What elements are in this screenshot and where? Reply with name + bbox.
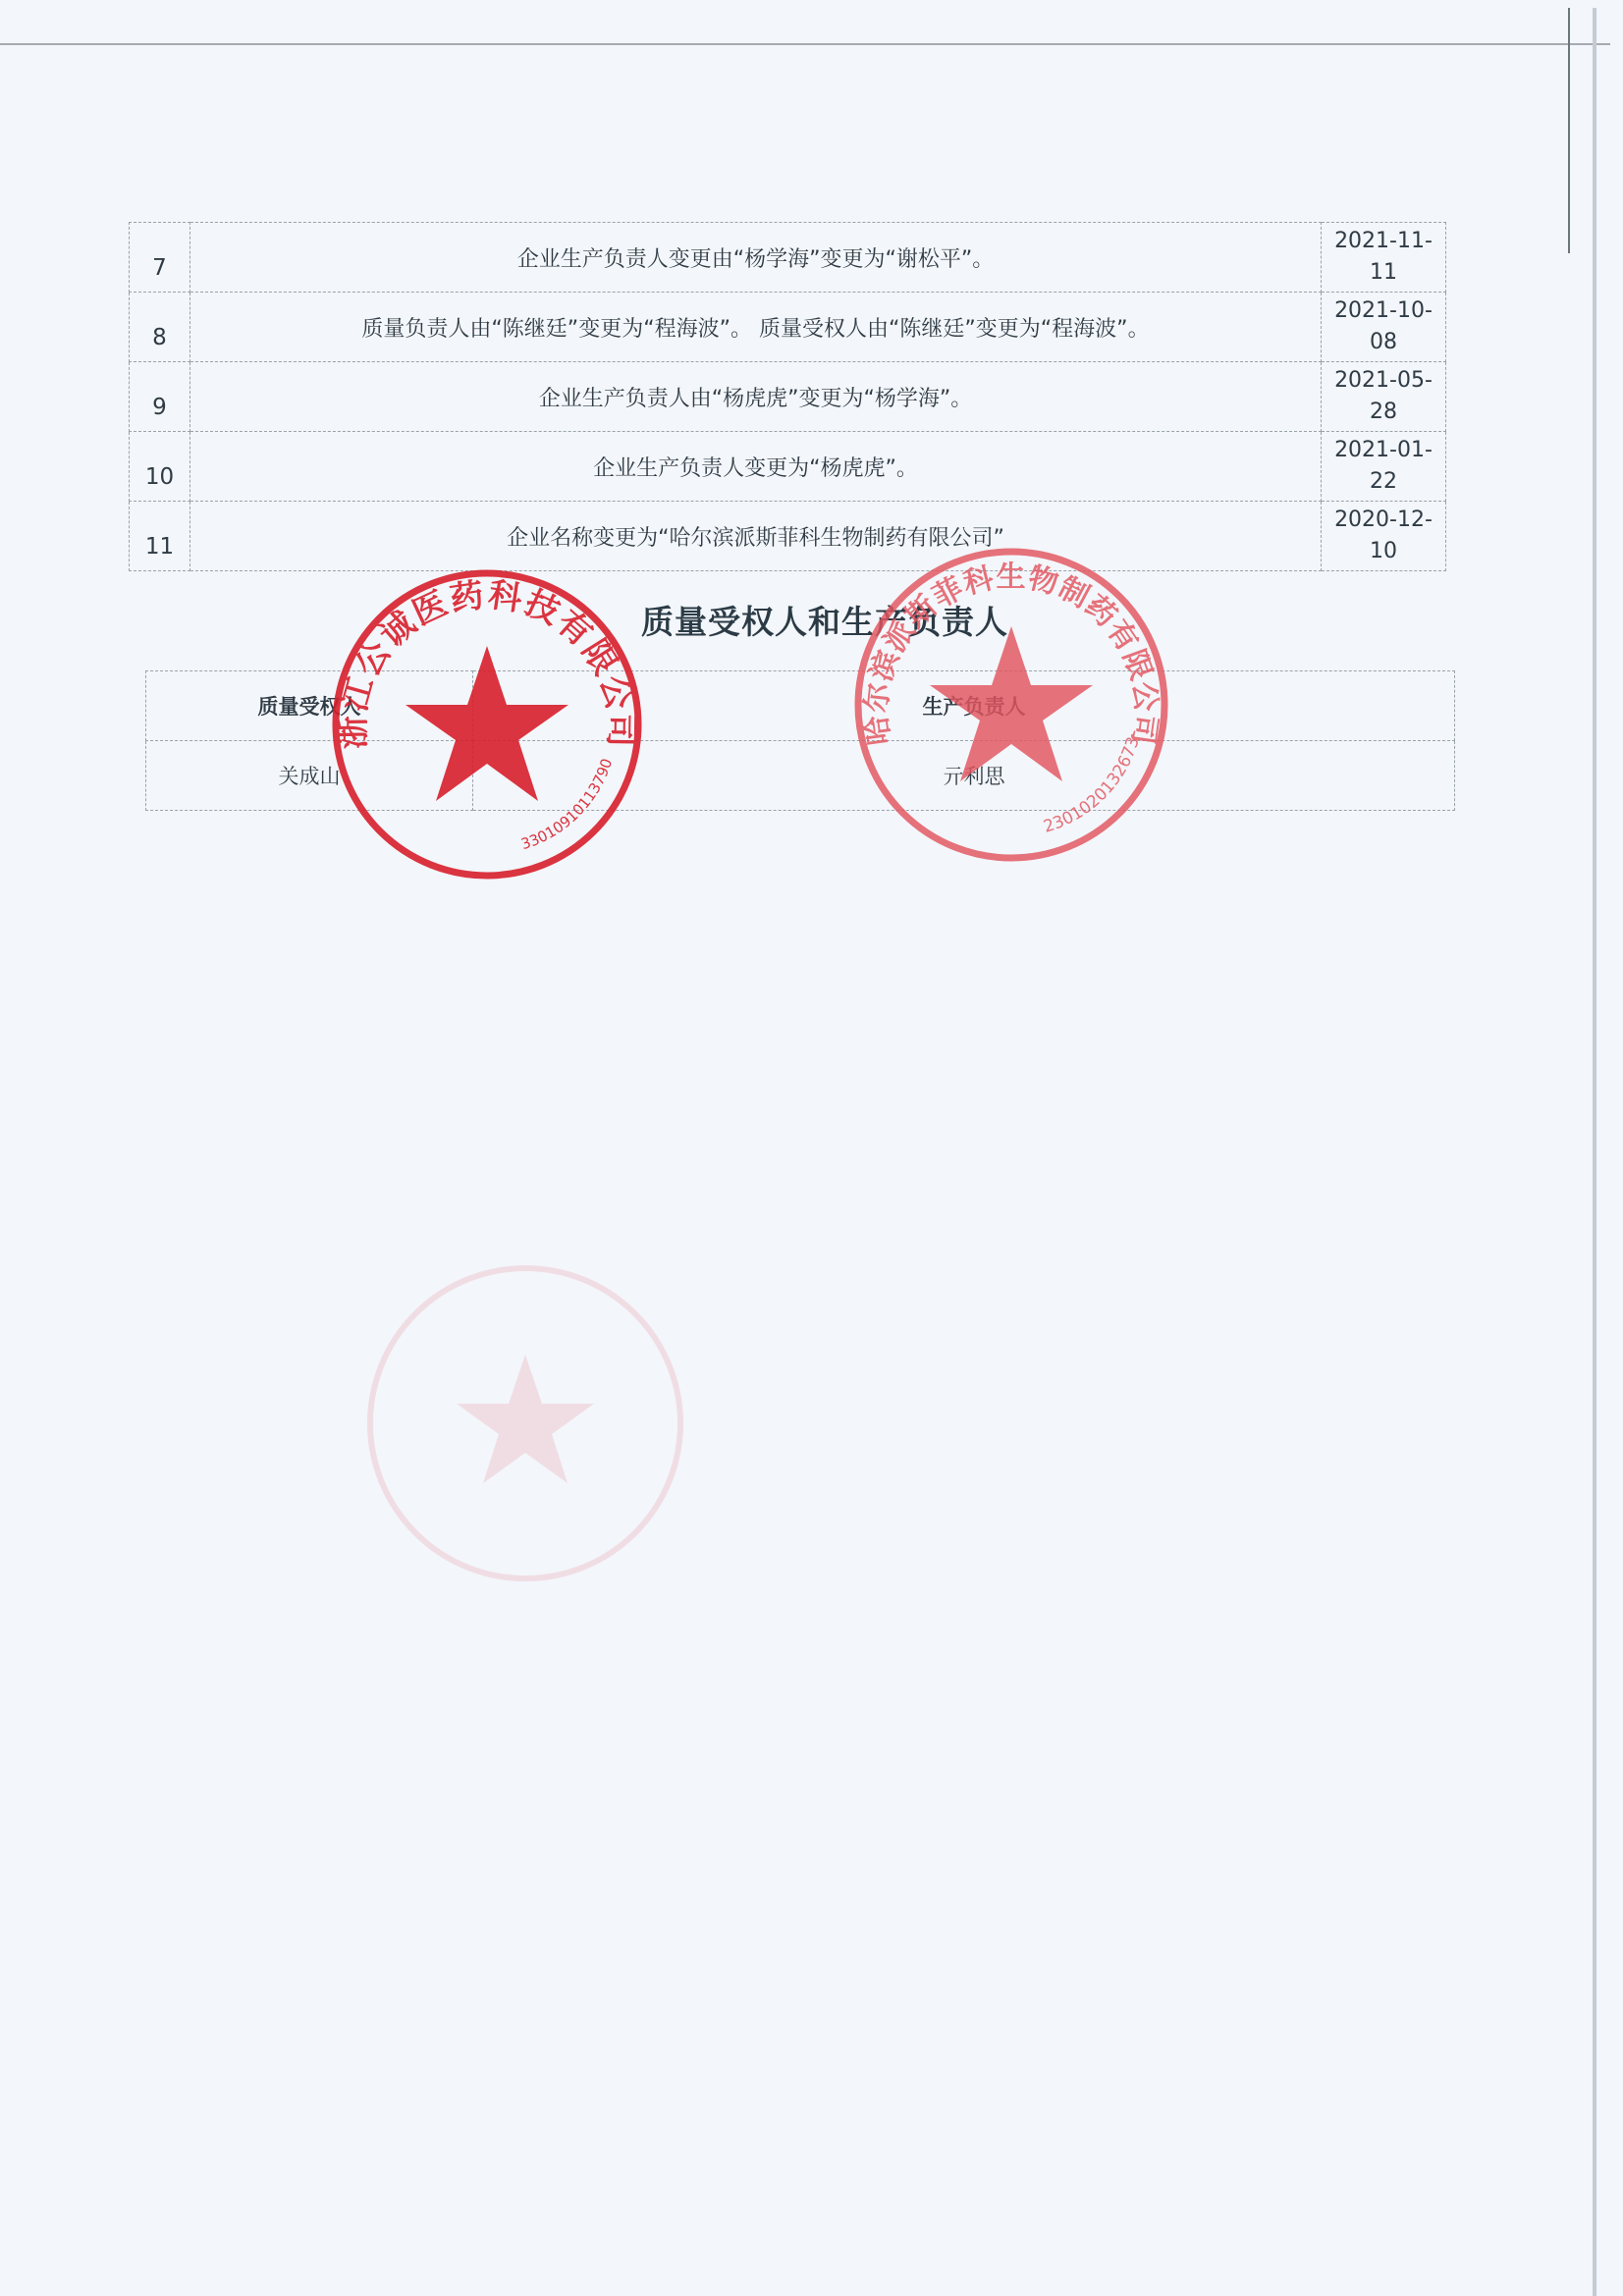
table-row: 7 企业生产负责人变更由“杨学海”变更为“谢松平”。 2021-11-11: [130, 223, 1446, 293]
section-title: 质量受权人和生产负责人: [589, 597, 1060, 643]
record-no: 9: [130, 362, 190, 432]
record-no: 8: [130, 293, 190, 362]
quality-authorized-label: 质量受权人: [146, 671, 473, 741]
table-header-row: 质量受权人 生产负责人: [146, 671, 1455, 741]
table-row: 10 企业生产负责人变更为“杨虎虎”。 2021-01-22: [130, 432, 1446, 502]
date-line2: 11: [1322, 257, 1445, 289]
production-head-label: 生产负责人: [866, 691, 1082, 721]
scan-right-edge-gray: [1593, 8, 1596, 2296]
record-no: 7: [130, 223, 190, 293]
date-line2: 08: [1322, 327, 1445, 358]
record-no: 10: [130, 432, 190, 502]
record-content: 质量负责人由“陈继廷”变更为“程海波”。 质量受权人由“陈继廷”变更为“程海波”…: [190, 293, 1322, 362]
date-line2: 28: [1322, 397, 1445, 428]
change-records-table: 7 企业生产负责人变更由“杨学海”变更为“谢松平”。 2021-11-11 8 …: [129, 222, 1446, 571]
record-date: 2021-01-22: [1322, 432, 1446, 502]
scan-top-edge-line: [0, 43, 1610, 45]
table-row: 关成山 亓利思: [146, 741, 1455, 811]
date-line1: 2020-12-: [1322, 505, 1445, 536]
record-content: 企业生产负责人变更由“杨学海”变更为“谢松平”。: [190, 223, 1322, 293]
date-line1: 2021-11-: [1322, 226, 1445, 257]
record-content: 企业生产负责人由“杨虎虎”变更为“杨学海”。: [190, 362, 1322, 432]
scan-right-edge-dark: [1568, 8, 1570, 253]
date-line2: 22: [1322, 466, 1445, 498]
date-line2: 10: [1322, 536, 1445, 567]
record-content: 企业名称变更为“哈尔滨派斯菲科生物制药有限公司”: [190, 502, 1322, 571]
date-line1: 2021-01-: [1322, 435, 1445, 466]
table-row: 8 质量负责人由“陈继廷”变更为“程海波”。 质量受权人由“陈继廷”变更为“程海…: [130, 293, 1446, 362]
bleed-through-stamp: [363, 1261, 687, 1585]
record-date: 2021-11-11: [1322, 223, 1446, 293]
record-no: 11: [130, 502, 190, 571]
table-row: 11 企业名称变更为“哈尔滨派斯菲科生物制药有限公司” 2020-12-10: [130, 502, 1446, 571]
personnel-table: 质量受权人 生产负责人 关成山 亓利思: [145, 670, 1455, 811]
record-content: 企业生产负责人变更为“杨虎虎”。: [190, 432, 1322, 502]
production-head-name-cell: 亓利思: [473, 741, 1455, 811]
record-date: 2021-10-08: [1322, 293, 1446, 362]
record-date: 2020-12-10: [1322, 502, 1446, 571]
table-row: 9 企业生产负责人由“杨虎虎”变更为“杨学海”。 2021-05-28: [130, 362, 1446, 432]
date-line1: 2021-05-: [1322, 365, 1445, 397]
quality-authorized-name: 关成山: [146, 741, 473, 811]
production-head-label-cell: 生产负责人: [473, 671, 1455, 741]
production-head-name: 亓利思: [866, 761, 1082, 790]
record-date: 2021-05-28: [1322, 362, 1446, 432]
date-line1: 2021-10-: [1322, 295, 1445, 327]
